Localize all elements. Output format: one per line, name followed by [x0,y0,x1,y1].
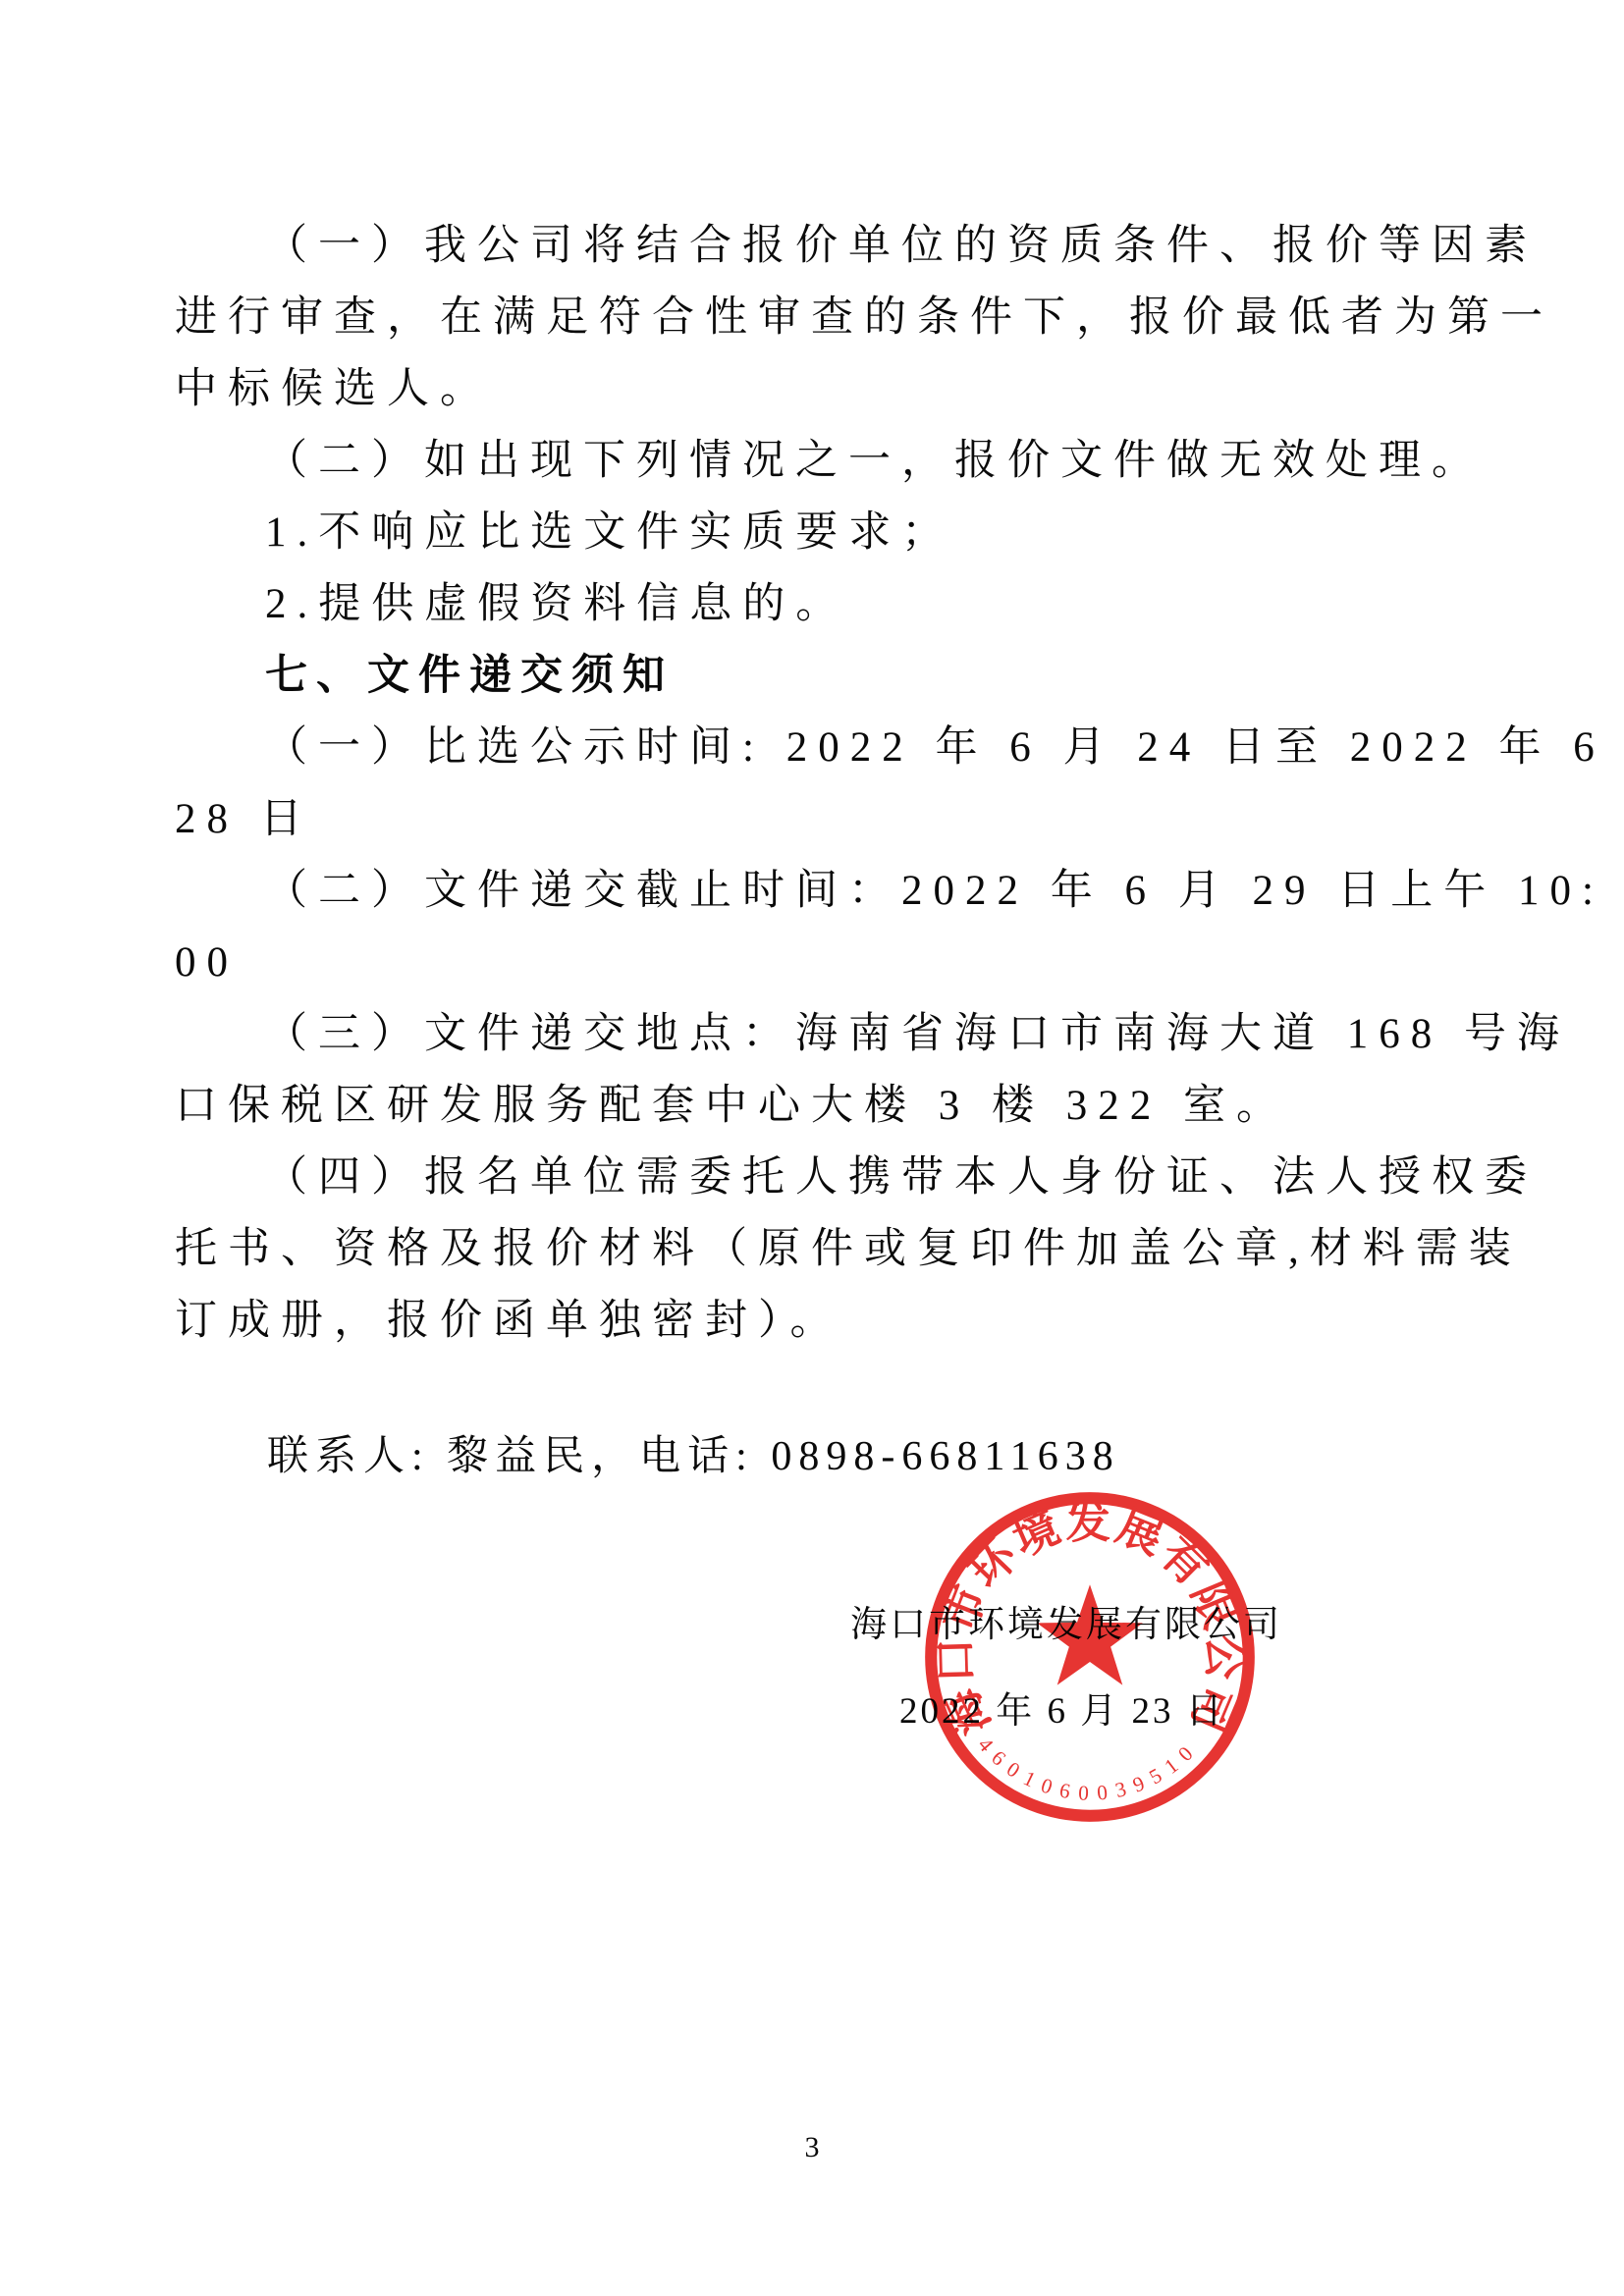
document-line-4: （二）如出现下列情况之一，报价文件做无效处理。 [175,425,1490,497]
document-line-7: 七、文件递交须知 [175,640,1490,712]
document-line-9: 28 日 [175,783,1490,855]
document-body-lines: （一）我公司将结合报价单位的资质条件、报价等因素进行审查，在满足符合性审查的条件… [175,210,1490,1357]
document-line-5: 1.不响应比选文件实质要求； [175,497,1490,568]
document-line-11: 00 [175,927,1490,998]
document-line-10: （二）文件递交截止时间：2022 年 6 月 29 日上午 10: [175,855,1490,927]
document-line-14: （四）报名单位需委托人携带本人身份证、法人授权委 [175,1142,1490,1213]
document-line-3: 中标候选人。 [175,353,1490,425]
seal-star-icon [1037,1584,1143,1684]
document-line-2: 进行审查，在满足符合性审查的条件下，报价最低者为第一 [175,282,1490,353]
document-line-16: 订成册，报价函单独密封）。 [175,1285,1490,1357]
page-number: 3 [0,2128,1624,2167]
official-seal-stamp: 海口市环境发展有限公司 4601060039510 [911,1478,1269,1836]
document-page: （一）我公司将结合报价单位的资质条件、报价等因素进行审查，在满足符合性审查的条件… [0,0,1624,2296]
document-line-6: 2.提供虚假资料信息的。 [175,568,1490,640]
document-line-12: （三）文件递交地点：海南省海口市南海大道 168 号海 [175,998,1490,1070]
document-line-15: 托书、资格及报价材料（原件或复印件加盖公章,材料需装 [175,1213,1490,1285]
document-line-13: 口保税区研发服务配套中心大楼 3 楼 322 室。 [175,1070,1490,1142]
document-line-1: （一）我公司将结合报价单位的资质条件、报价等因素 [175,210,1490,282]
document-line-8: （一）比选公示时间: 2022 年 6 月 24 日至 2022 年 6 月 [175,712,1490,783]
